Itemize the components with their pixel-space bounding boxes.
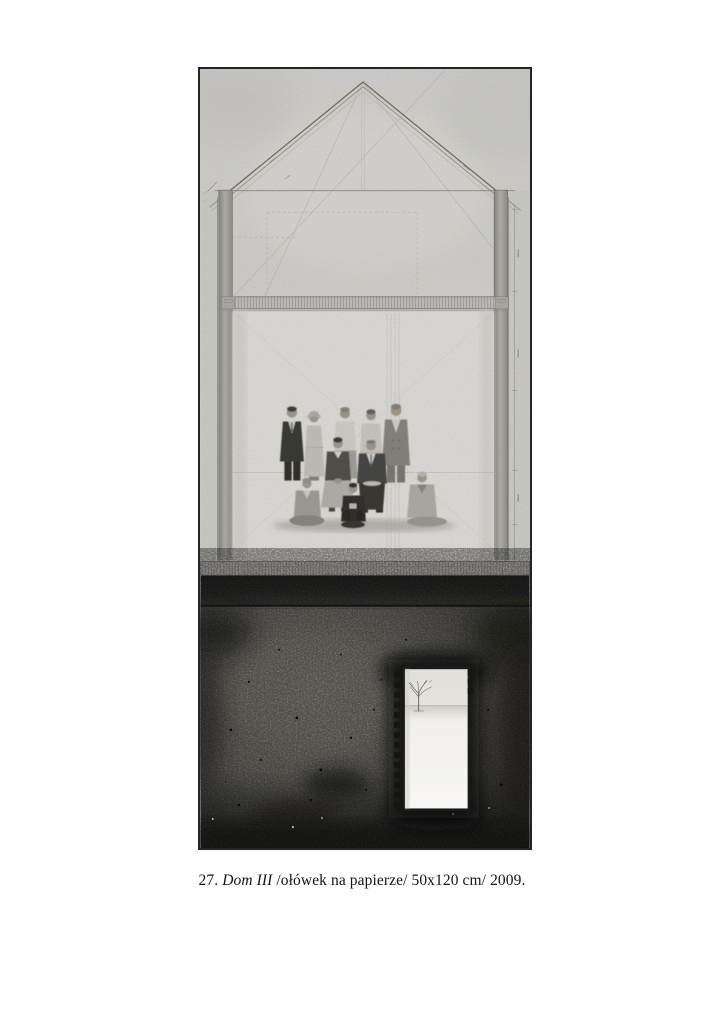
- artwork-image: [200, 69, 530, 848]
- caption-number: 27.: [199, 872, 219, 889]
- artwork-caption: 27. Dom III /ołówek na papierze/ 50x120 …: [0, 872, 724, 890]
- artwork-dom-iii: [198, 67, 532, 850]
- brick-edge-right: [468, 670, 474, 694]
- caption-details: /ołówek na papierze/ 50x120 cm/ 2009.: [276, 872, 525, 889]
- architectural-drawing: [200, 69, 530, 576]
- dark-wall: [200, 576, 530, 848]
- caption-title: Dom III: [222, 872, 272, 889]
- catalog-page: 27. Dom III /ołówek na papierze/ 50x120 …: [0, 0, 724, 1024]
- doorway: [389, 660, 479, 818]
